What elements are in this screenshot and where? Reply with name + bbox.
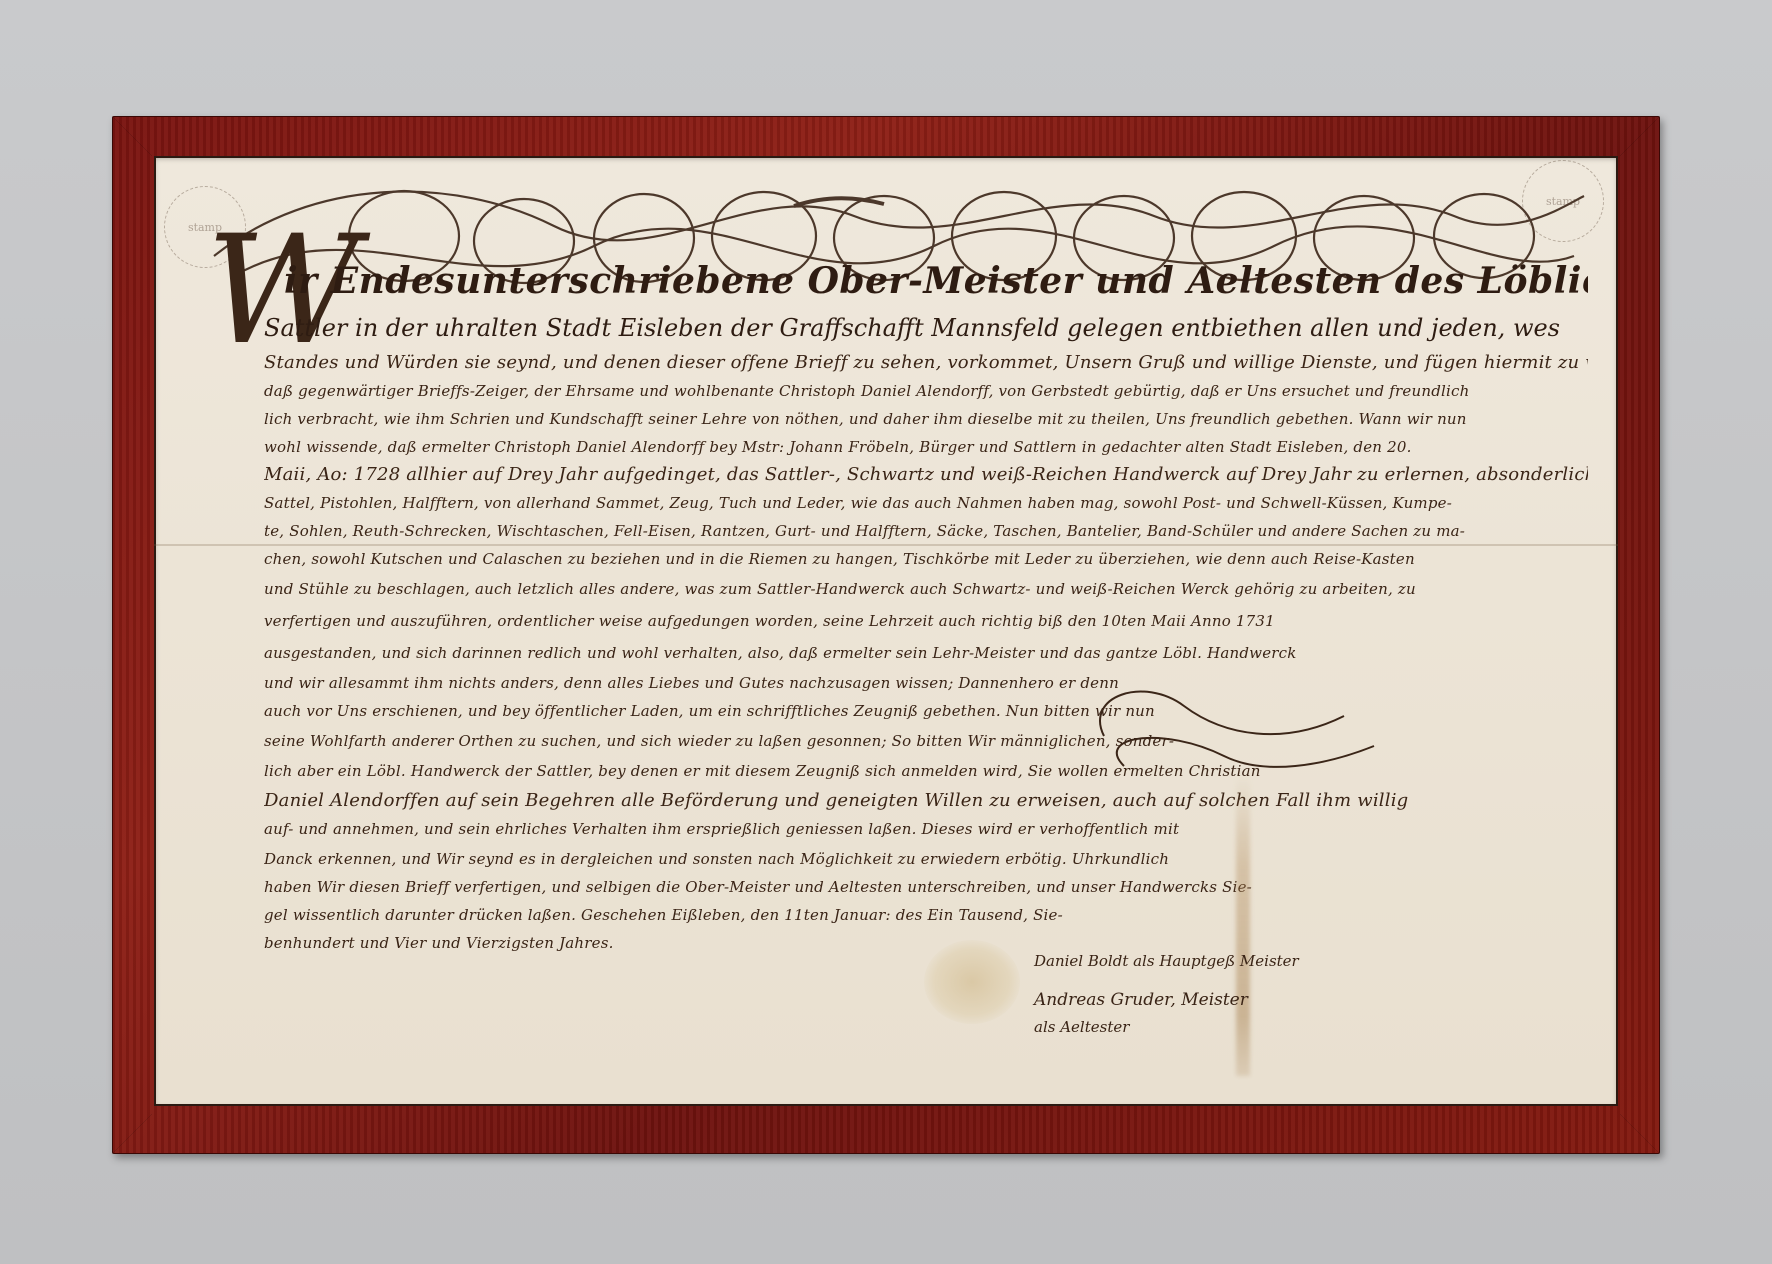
heading-line-2: Sattler in der uhralten Stadt Eisleben d… [264, 314, 1588, 342]
body-line: und Stühle zu beschlagen, auch letzlich … [264, 580, 1588, 598]
certificate-paper: stamp stamp W ir Endesunterschriebene Ob… [154, 156, 1618, 1106]
body-line: auf- und annehmen, und sein ehrliches Ve… [264, 820, 1588, 838]
body-line: wohl wissende, daß ermelter Christoph Da… [264, 438, 1588, 456]
body-line: Maii, Ao: 1728 allhier auf Drey Jahr auf… [264, 464, 1588, 485]
body-line: Danck erkennen, und Wir seynd es in derg… [264, 850, 1588, 868]
heading-line-1: ir Endesunterschriebene Ober-Meister und… [284, 260, 1588, 302]
body-line: und wir allesammt ihm nichts anders, den… [264, 674, 1588, 692]
body-line: chen, sowohl Kutschen und Calaschen zu b… [264, 550, 1588, 568]
body-line: haben Wir diesen Brieff verfertigen, und… [264, 878, 1588, 896]
paper-fold-line [154, 544, 1618, 546]
signature-line-3: als Aeltester [1034, 1018, 1129, 1036]
body-line: Daniel Alendorffen auf sein Begehren all… [264, 790, 1588, 811]
body-line: daß gegenwärtiger Brieffs-Zeiger, der Eh… [264, 382, 1588, 400]
body-line: verfertigen und auszuführen, ordentliche… [264, 612, 1588, 630]
body-line: benhundert und Vier und Vierzigsten Jahr… [264, 934, 1588, 952]
body-line: ausgestanden, und sich darinnen redlich … [264, 644, 1588, 662]
body-line: gel wissentlich darunter drücken laßen. … [264, 906, 1588, 924]
body-line: te, Sohlen, Reuth-Schrecken, Wischtasche… [264, 522, 1588, 540]
body-line: Standes und Würden sie seynd, und denen … [264, 352, 1588, 373]
water-stain [1236, 776, 1250, 1076]
picture-frame: stamp stamp W ir Endesunterschriebene Ob… [112, 116, 1660, 1154]
signature-line-1: Daniel Boldt als Hauptgeß Meister [1034, 952, 1299, 970]
calligraphic-flourish-decoration [194, 166, 1594, 326]
body-line: lich aber ein Löbl. Handwerck der Sattle… [264, 762, 1588, 780]
body-line: lich verbracht, wie ihm Schrien und Kund… [264, 410, 1588, 428]
embossed-stamp-right: stamp [1522, 160, 1604, 242]
body-line: seine Wohlfarth anderer Orthen zu suchen… [264, 732, 1588, 750]
wax-seal-stain [924, 940, 1020, 1024]
signature-line-2: Andreas Gruder, Meister [1034, 990, 1248, 1010]
body-line: Sattel, Pistohlen, Halfftern, von allerh… [264, 494, 1588, 512]
body-line: auch vor Uns erschienen, und bey öffentl… [264, 702, 1588, 720]
calligraphic-swash [1084, 676, 1384, 786]
